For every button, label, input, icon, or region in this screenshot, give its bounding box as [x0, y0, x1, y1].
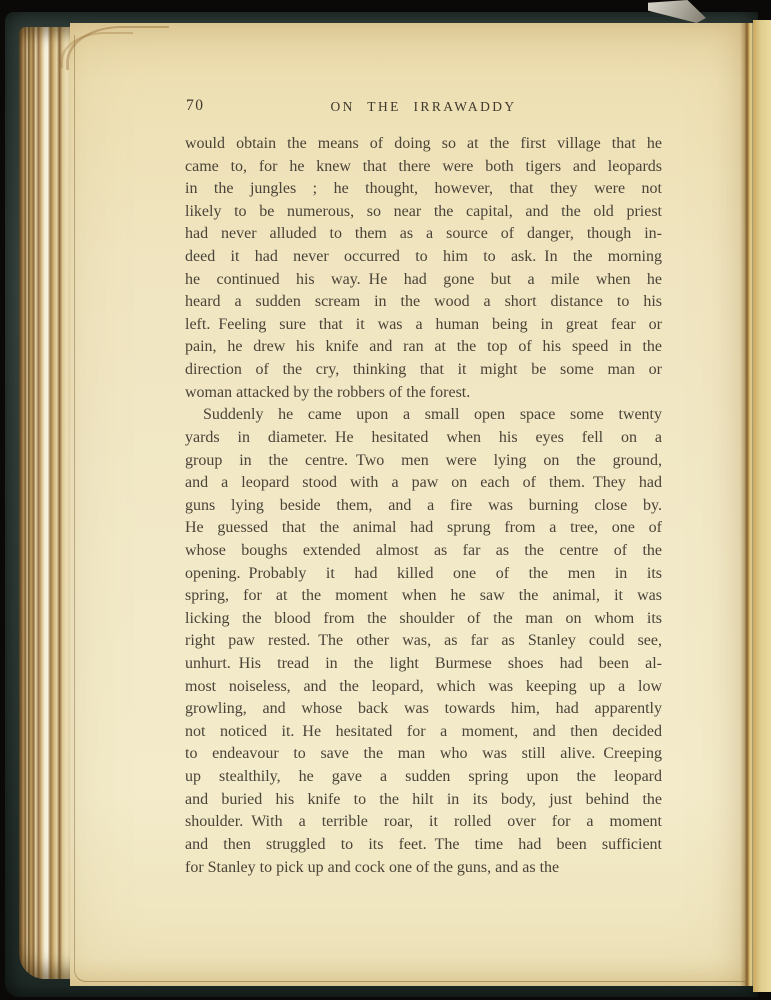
text-line: heard a sudden scream in the wood a shor…: [185, 291, 662, 314]
text-line: deed it had never occurred to him to ask…: [185, 246, 662, 269]
text-line: left. Feeling sure that it was a human b…: [185, 314, 662, 337]
text-line: right paw rested. The other was, as far …: [185, 630, 662, 653]
running-title: ON THE IRRAWADDY: [185, 95, 662, 115]
text-line: He guessed that the animal had sprung fr…: [185, 517, 662, 540]
text-block: would obtain the means of doing so at th…: [185, 133, 662, 879]
text-line: growling, and whose back was towards him…: [185, 698, 662, 721]
text-line: group in the centre. Two men were lying …: [185, 450, 662, 473]
text-line: whose boughs extended almost as far as t…: [185, 540, 662, 563]
adjacent-page-edge: [753, 20, 771, 992]
text-line: unhurt. His tread in the light Burmese s…: [185, 653, 662, 676]
text-line: and a leopard stood with a paw on each o…: [185, 472, 662, 495]
text-line: not noticed it. He hesitated for a momen…: [185, 721, 662, 744]
text-line: woman attacked by the robbers of the for…: [185, 382, 662, 405]
text-line: had never alluded to them as a source of…: [185, 223, 662, 246]
book-page: 70 ON THE IRRAWADDY would obtain the mea…: [70, 23, 748, 986]
text-line: would obtain the means of doing so at th…: [185, 133, 662, 156]
text-line: guns lying beside them, and a fire was b…: [185, 495, 662, 518]
page-number: 70: [186, 97, 205, 115]
text-line: likely to be numerous, so near the capit…: [185, 201, 662, 224]
page-stack-edges: [19, 27, 73, 979]
text-line: direction of the cry, thinking that it m…: [185, 359, 662, 382]
text-line: in the jungles ; he thought, however, th…: [185, 178, 662, 201]
text-line: and then struggled to its feet. The time…: [185, 834, 662, 857]
text-line: spring, for at the moment when he saw th…: [185, 585, 662, 608]
text-line: pain, he drew his knife and ran at the t…: [185, 336, 662, 359]
page-header: 70 ON THE IRRAWADDY: [185, 95, 662, 117]
gutter-shadow: [740, 23, 754, 986]
text-line: came to, for he knew that there were bot…: [185, 156, 662, 179]
text-line: opening. Probably it had killed one of t…: [185, 563, 662, 586]
text-line: for Stanley to pick up and cock one of t…: [185, 857, 662, 880]
book-photo: 70 ON THE IRRAWADDY would obtain the mea…: [0, 0, 771, 1000]
text-line: and buried his knife to the hilt in its …: [185, 789, 662, 812]
text-line: licking the blood from the shoulder of t…: [185, 608, 662, 631]
paragraph: would obtain the means of doing so at th…: [185, 133, 662, 404]
text-line: up stealthily, he gave a sudden spring u…: [185, 766, 662, 789]
text-line: shoulder. With a terrible roar, it rolle…: [185, 811, 662, 834]
text-line: yards in diameter. He hesitated when his…: [185, 427, 662, 450]
text-line: most noiseless, and the leopard, which w…: [185, 676, 662, 699]
text-line: Suddenly he came upon a small open space…: [185, 404, 662, 427]
text-line: he continued his way. He had gone but a …: [185, 269, 662, 292]
paragraph: Suddenly he came upon a small open space…: [185, 404, 662, 879]
text-line: to endeavour to save the man who was sti…: [185, 743, 662, 766]
